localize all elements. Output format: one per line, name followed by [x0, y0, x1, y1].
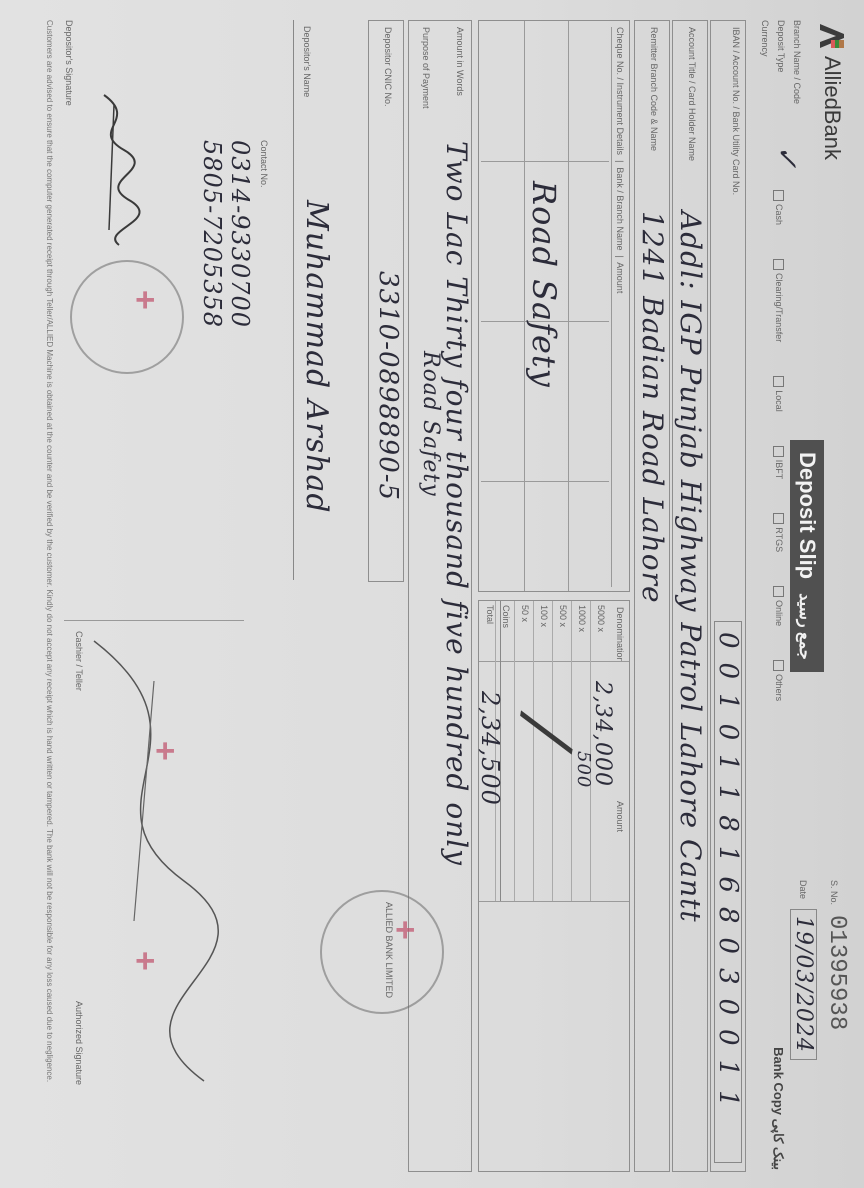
currency-label: Currency: [760, 20, 770, 57]
bank-copy-label: Bank Copy: [771, 1047, 786, 1115]
signature-scribble-icon: [84, 90, 144, 250]
deposit-options: Cash Clearing/Transfer Local IBFT RTGS O…: [773, 190, 784, 701]
contact-numbers: Contact No. 0314-9330700 5805-7205358: [198, 140, 274, 328]
branch-label: Branch Name / Code: [792, 20, 802, 140]
contact-value-1: 0314-9330700: [226, 140, 254, 328]
bank-use-area: + + Cashier / Teller Authorized Signatur…: [64, 620, 244, 1161]
option-clearing[interactable]: Clearing/Transfer: [773, 259, 784, 342]
total-value: 2,34,500: [476, 691, 504, 806]
date-value: 19/03/2024: [790, 909, 817, 1060]
depositor-name-value: Muhammad Arshad: [299, 200, 334, 514]
denomination-header: Denomination: [615, 607, 625, 663]
option-rtgs[interactable]: RTGS: [773, 513, 784, 552]
allied-bank-logo-icon: [818, 22, 846, 50]
option-local[interactable]: Local: [773, 376, 784, 412]
account-number-row: IBAN / Account No. / Bank Utility Card N…: [710, 20, 746, 1172]
total-label: Total: [485, 605, 495, 624]
cnic-value: 3310-0898890-5: [373, 271, 403, 501]
denomination-table: Denomination Amount 5000 x 2,34,000 1000…: [478, 600, 630, 1172]
amount-in-words-value: Two Lac Thirty four thousand five hundre…: [440, 141, 473, 866]
account-number-boxes: 0010118168030011: [714, 621, 742, 1163]
option-cash[interactable]: Cash: [773, 190, 784, 225]
deposit-type-label: Deposit Type: [776, 20, 786, 72]
remitter-value[interactable]: 1241 Badian Road Lahore: [636, 211, 669, 604]
red-check-mark-icon: +: [145, 741, 184, 761]
slip-title: Deposit Slip جمع رسید: [790, 440, 824, 672]
option-ibft[interactable]: IBFT: [773, 446, 784, 480]
contact-value-2: 5805-7205358: [198, 140, 226, 328]
account-title-value[interactable]: Addl: IGP Punjab Highway Patrol Lahore C…: [674, 211, 707, 923]
denomination-amount-header: Amount: [615, 801, 625, 832]
account-title-row: Account Title / Card Holder Name Addl: I…: [672, 20, 708, 1172]
instruments-header: Cheque No. / Instrument Details | Bank /…: [611, 27, 625, 587]
instruments-table: Cheque No. / Instrument Details | Bank /…: [478, 20, 630, 592]
remitter-label: Remitter Branch Code & Name: [649, 27, 659, 151]
signature-label: Depositor's Signature: [64, 20, 74, 106]
deposit-slip-document: AlliedBank Deposit Slip جمع رسید S. No. …: [0, 0, 864, 1188]
option-others[interactable]: Others: [773, 660, 784, 701]
serial-label: S. No.: [829, 880, 839, 905]
officer-label: Authorized Signature: [74, 1001, 84, 1085]
serial-number: 01395938: [823, 915, 850, 1030]
footer-notice: Customers are advised to ensure that the…: [44, 20, 54, 1170]
depositor-name-row: Depositor's Name Muhammad Arshad: [293, 20, 334, 580]
slip-title-text: Deposit Slip: [795, 452, 820, 579]
account-number-value[interactable]: 0010118168030011: [713, 632, 743, 1121]
teller-scribble-icon: [64, 621, 244, 1161]
bank-copy-urdu: بینک کاپی: [771, 1119, 786, 1170]
denomination-rows: 5000 x 2,34,000 1000 x 500 500 x 100 x 5…: [495, 601, 609, 901]
purpose-value: Road Safety: [418, 351, 443, 497]
bank-logo: AlliedBank: [818, 22, 846, 160]
account-number-label: IBAN / Account No. / Bank Utility Card N…: [731, 27, 741, 207]
option-online[interactable]: Online: [773, 586, 784, 626]
cash-checkmark-icon: ✓: [771, 145, 804, 169]
denomination-row: 100 x: [533, 601, 552, 901]
cashier-label: Cashier / Teller: [74, 631, 84, 691]
denomination-total-row: Total 2,34,500: [478, 601, 501, 901]
depositor-name-label: Depositor's Name: [302, 26, 312, 97]
remitter-row: Remitter Branch Code & Name 1241 Badian …: [634, 20, 670, 1172]
red-check-mark-icon: +: [125, 290, 164, 310]
red-check-mark-icon: +: [125, 951, 164, 971]
amount-in-words-label: Amount in Words: [455, 27, 465, 96]
bank-stamp-right: [320, 890, 444, 1014]
instrument-purpose-value: Road Safety: [525, 181, 563, 388]
denomination-row: 50 x: [514, 601, 533, 901]
denomination-row: 500 x: [552, 601, 571, 901]
slip-title-urdu: جمع رسید: [796, 593, 813, 659]
depositor-signature: [84, 90, 144, 250]
purpose-label: Purpose of Payment: [421, 27, 431, 109]
contact-label: Contact No.: [259, 140, 269, 188]
account-title-label: Account Title / Card Holder Name: [687, 27, 697, 161]
bank-stamp-left: [70, 260, 184, 374]
bank-name: AlliedBank: [819, 56, 845, 160]
stamp-text: ALLIED BANK LIMITED: [384, 900, 394, 1000]
cnic-label: Depositor CNIC No.: [383, 27, 393, 107]
slip-meta: S. No. 01395938 Date 19/03/2024 Bank Cop…: [770, 880, 850, 1170]
cnic-row: Depositor CNIC No. 3310-0898890-5: [368, 20, 404, 582]
date-label: Date: [799, 880, 809, 899]
